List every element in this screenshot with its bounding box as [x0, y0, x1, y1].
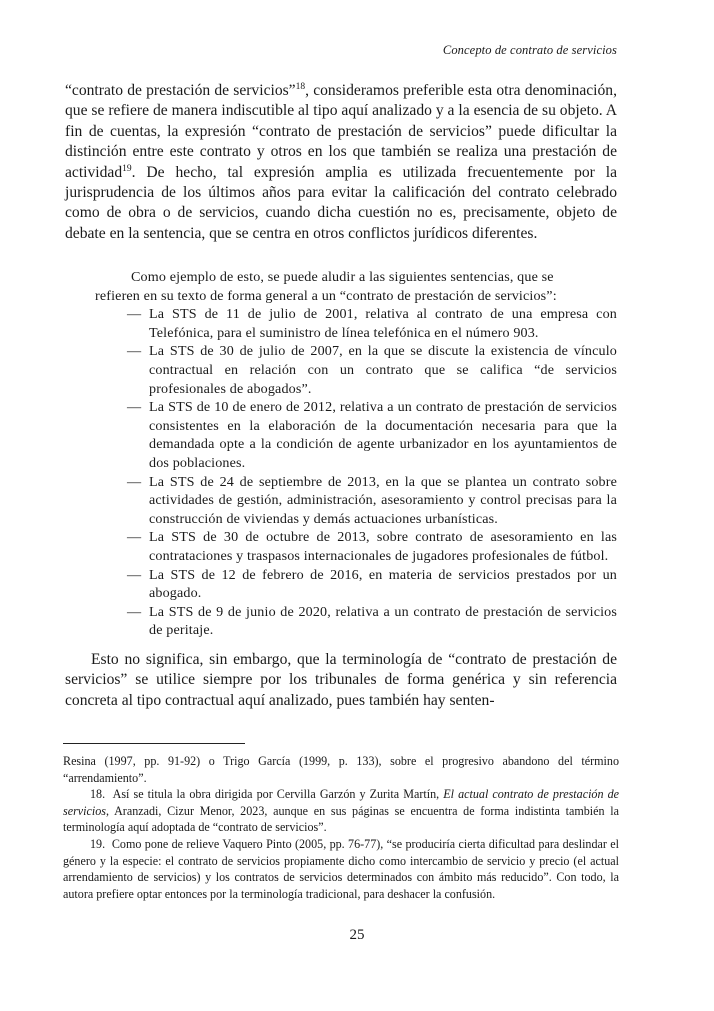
- list-item-text: La STS de 30 de julio de 2007, en la que…: [149, 343, 617, 396]
- paragraph-2: Esto no significa, sin embargo, que la t…: [65, 650, 617, 711]
- footnote-ref-18[interactable]: 18: [296, 82, 306, 92]
- footnote-number: 18.: [90, 787, 105, 801]
- paragraph-text: “contrato de prestación de servicios”: [65, 82, 296, 99]
- list-item: —La STS de 24 de septiembre de 2013, en …: [149, 473, 617, 529]
- list-item: —La STS de 30 de octubre de 2013, sobre …: [149, 528, 617, 565]
- list-item: —La STS de 11 de julio de 2001, relativa…: [149, 305, 617, 342]
- list-item-text: La STS de 30 de octubre de 2013, sobre c…: [149, 529, 617, 564]
- paragraph-text: . De hecho, tal expresión amplia es util…: [65, 164, 617, 242]
- dash-bullet-icon: —: [127, 528, 141, 547]
- footnote-ref-19[interactable]: 19: [122, 164, 132, 174]
- paragraph-text: Esto no significa, sin embargo, que la t…: [65, 650, 617, 711]
- dash-bullet-icon: —: [127, 473, 141, 492]
- list-item: —La STS de 10 de enero de 2012, relativa…: [149, 398, 617, 472]
- footnote-divider: [63, 743, 245, 744]
- rulings-list: —La STS de 11 de julio de 2001, relativa…: [103, 305, 617, 640]
- dash-bullet-icon: —: [127, 342, 141, 361]
- list-item-text: La STS de 12 de febrero de 2016, en mate…: [149, 567, 617, 602]
- footnote-continuation: Resina (1997, pp. 91-92) o Trigo García …: [63, 753, 619, 786]
- list-item-text: La STS de 10 de enero de 2012, relativa …: [149, 399, 617, 471]
- running-header: Concepto de contrato de servicios: [443, 43, 617, 58]
- dash-bullet-icon: —: [127, 603, 141, 622]
- list-item-text: La STS de 24 de septiembre de 2013, en l…: [149, 474, 617, 527]
- list-item: —La STS de 9 de junio de 2020, relativa …: [149, 603, 617, 640]
- quote-intro-line-2: refieren en su texto de forma general a …: [95, 287, 617, 306]
- footnotes: Resina (1997, pp. 91-92) o Trigo García …: [63, 753, 619, 902]
- footnote-19: 19. Como pone de relieve Vaquero Pinto (…: [63, 836, 619, 902]
- footnote-18: 18. Así se titula la obra dirigida por C…: [63, 786, 619, 836]
- quote-intro: Como ejemplo de esto, se puede aludir a …: [103, 268, 617, 305]
- list-item: —La STS de 12 de febrero de 2016, en mat…: [149, 566, 617, 603]
- list-item: —La STS de 30 de julio de 2007, en la qu…: [149, 342, 617, 398]
- quote-intro-line-1: Como ejemplo de esto, se puede aludir a …: [131, 269, 554, 285]
- list-item-text: La STS de 11 de julio de 2001, relativa …: [149, 306, 617, 341]
- paragraph-1: “contrato de prestación de servicios”18,…: [65, 81, 617, 244]
- page-number: 25: [0, 927, 714, 944]
- quote-block: Como ejemplo de esto, se puede aludir a …: [103, 268, 617, 640]
- list-item-text: La STS de 9 de junio de 2020, relativa a…: [149, 604, 617, 639]
- dash-bullet-icon: —: [127, 566, 141, 585]
- footnote-text: Como pone de relieve Vaquero Pinto (2005…: [63, 837, 619, 901]
- footnote-number: 19.: [90, 837, 105, 851]
- dash-bullet-icon: —: [127, 305, 141, 324]
- footnote-text: , Aranzadi, Cizur Menor, 2023, aunque en…: [63, 804, 619, 835]
- footnote-text: Así se titula la obra dirigida por Cervi…: [113, 787, 444, 801]
- main-paragraph: “contrato de prestación de servicios”18,…: [65, 81, 617, 244]
- dash-bullet-icon: —: [127, 398, 141, 417]
